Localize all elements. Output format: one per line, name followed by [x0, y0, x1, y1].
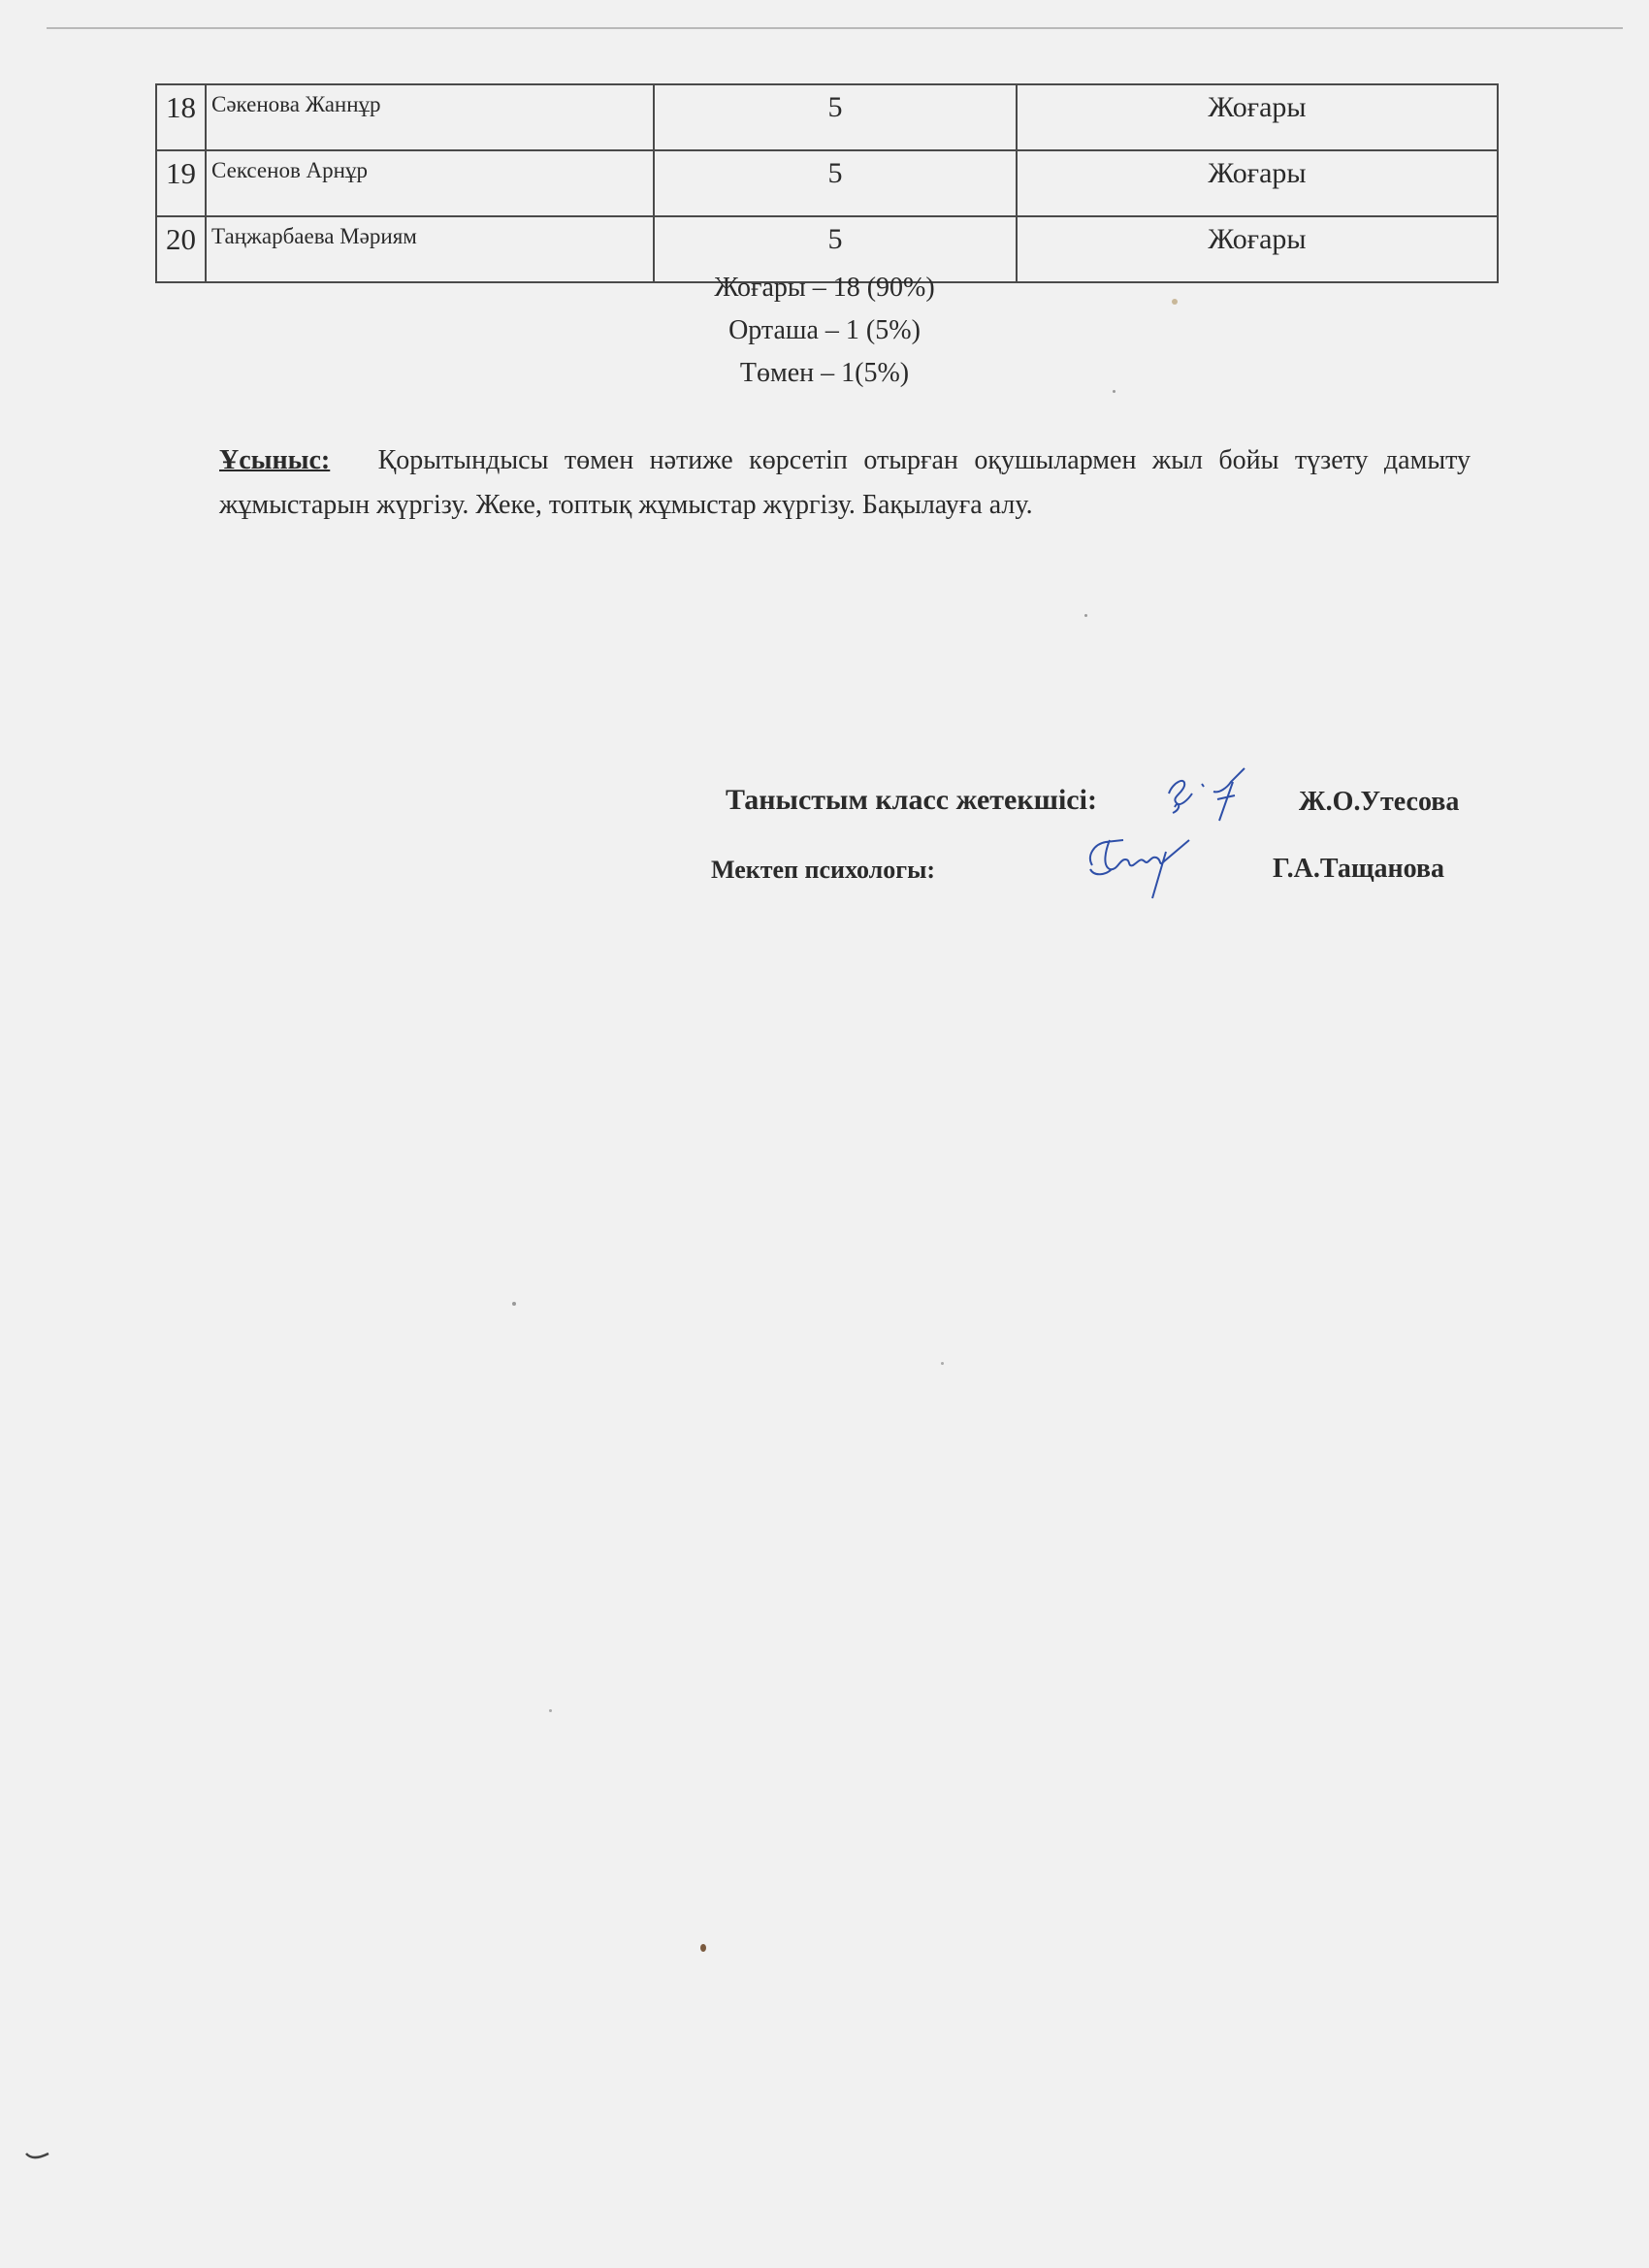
scan-speck	[512, 1302, 516, 1306]
psychologist-label: Мектеп психологы:	[711, 856, 935, 885]
scan-speck	[700, 1944, 706, 1952]
class-teacher-name: Ж.О.Утесова	[1299, 787, 1459, 818]
row-number: 19	[156, 150, 206, 216]
psychologist-name: Г.А.Тащанова	[1273, 854, 1444, 885]
results-summary: Жоғары – 18 (90%) Орташа – 1 (5%) Төмен …	[0, 267, 1649, 395]
student-name: Сәкенова Жаннұр	[206, 84, 654, 150]
scan-speck	[1084, 614, 1087, 617]
page-top-rule	[47, 27, 1623, 29]
results-table: 18 Сәкенова Жаннұр 5 Жоғары 19 Сексенов …	[155, 83, 1499, 283]
table-row: 18 Сәкенова Жаннұр 5 Жоғары	[156, 84, 1498, 150]
score: 5	[654, 150, 1017, 216]
summary-low: Төмен – 1(5%)	[0, 352, 1649, 395]
scan-speck	[941, 1362, 944, 1365]
level: Жоғары	[1017, 150, 1498, 216]
scan-speck	[1172, 299, 1178, 305]
student-name: Сексенов Арнұр	[206, 150, 654, 216]
summary-medium: Орташа – 1 (5%)	[0, 309, 1649, 352]
recommendation-text: Қорытындысы төмен нәтиже көрсетіп отырға…	[219, 445, 1471, 520]
psychologist-signature	[1084, 826, 1196, 904]
row-number: 18	[156, 84, 206, 150]
class-teacher-signature	[1159, 764, 1251, 825]
score: 5	[654, 84, 1017, 150]
recommendation-label: Ұсыныс:	[219, 445, 330, 475]
level: Жоғары	[1017, 84, 1498, 150]
table-row: 19 Сексенов Арнұр 5 Жоғары	[156, 150, 1498, 216]
recommendation-paragraph: Ұсыныс: Қорытындысы төмен нәтиже көрсеті…	[219, 438, 1471, 528]
summary-high: Жоғары – 18 (90%)	[0, 267, 1649, 309]
scan-speck	[1113, 390, 1115, 393]
scan-speck	[549, 1709, 552, 1712]
scan-mark	[23, 2148, 52, 2163]
class-teacher-label: Таныстым класс жетекшісі:	[726, 784, 1097, 817]
